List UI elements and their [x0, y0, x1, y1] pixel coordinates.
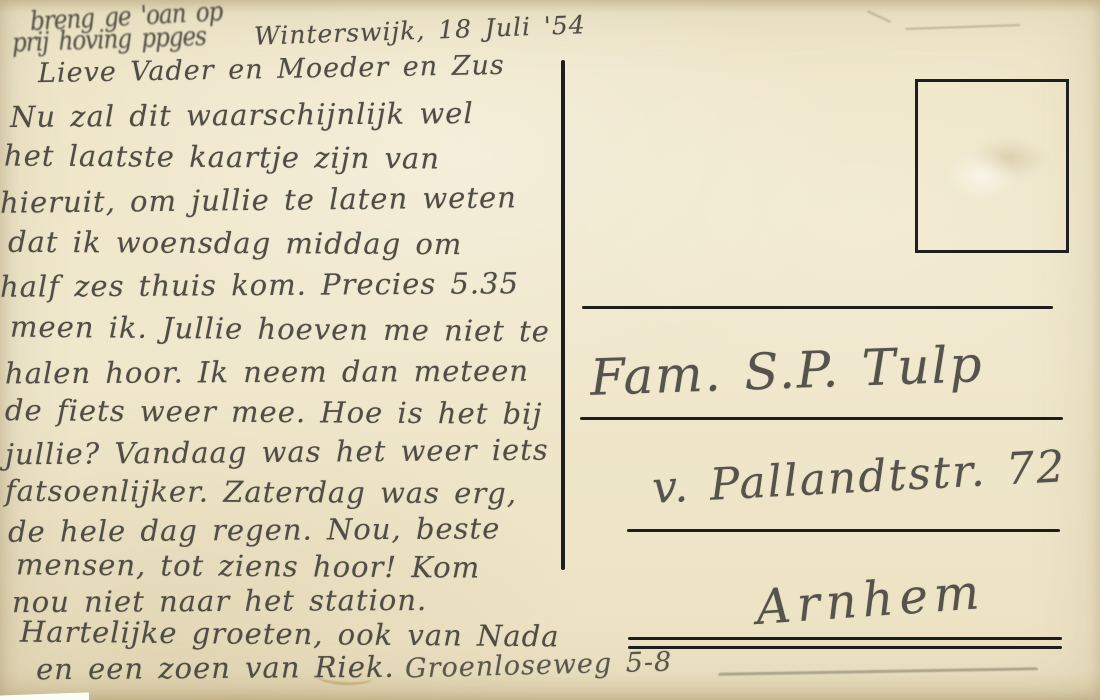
- salutation: Lieve Vader en Moeder en Zus: [38, 50, 505, 89]
- address-rule-2: [580, 417, 1063, 420]
- message-line: dat ik woensdag middag om: [8, 225, 463, 261]
- postcard-scan: breng ge 'oan op prij hoving ppges Winte…: [0, 0, 1100, 700]
- sender-street: Groenloseweg 5-8: [405, 647, 673, 685]
- message-line: jullie? Vandaag was het weer iets: [5, 433, 549, 472]
- faint-pencil-marks: [867, 1, 896, 23]
- pencil-scribble-line-2: prij hoving ppges: [12, 22, 207, 59]
- message-line: Hartelijke groeten, ook van Nada: [20, 615, 560, 654]
- address-name: Fam. S.P. Tulp: [589, 335, 984, 407]
- message-line: Nu zal dit waarschijnlijk wel: [10, 96, 474, 134]
- postcard-paper: breng ge 'oan op prij hoving ppges Winte…: [0, 0, 1100, 700]
- message-line: het laatste kaartje zijn van: [4, 138, 440, 175]
- message-line: halen hoor. Ik neem dan meteen: [5, 354, 529, 391]
- message-line: half zes thuis kom. Precies 5.35: [0, 266, 519, 304]
- message-line: meen ik. Jullie hoeven me niet te: [10, 310, 550, 349]
- message-line: nou niet naar het station.: [12, 583, 427, 619]
- address-rule-4-top: [628, 637, 1062, 640]
- message-line: fatsoenlijker. Zaterdag was erg,: [5, 474, 517, 511]
- message-line: mensen, tot ziens hoor! Kom: [16, 547, 480, 584]
- address-street: v. Pallandtstr. 72: [651, 441, 1068, 514]
- stamp-box: [915, 79, 1069, 253]
- address-rule-1: [582, 306, 1053, 309]
- address-rule-3: [627, 529, 1060, 532]
- address-rule-4-bottom: [628, 646, 1062, 649]
- message-line: de fiets weer mee. Hoe is het bij: [5, 393, 543, 431]
- embossed-watermark: [933, 102, 1056, 220]
- divider-line: [561, 60, 565, 570]
- faint-pencil-marks: [905, 12, 1020, 30]
- pencil-flourish-underline: [718, 649, 1038, 676]
- message-line: hieruit, om jullie te laten weten: [0, 180, 517, 219]
- scan-edge-sliver: [0, 692, 89, 700]
- address-city: Arnhem: [754, 564, 987, 636]
- dateline: Winterswijk, 18 Juli '54: [254, 10, 586, 51]
- message-line: de hele dag regen. Nou, beste: [8, 511, 501, 548]
